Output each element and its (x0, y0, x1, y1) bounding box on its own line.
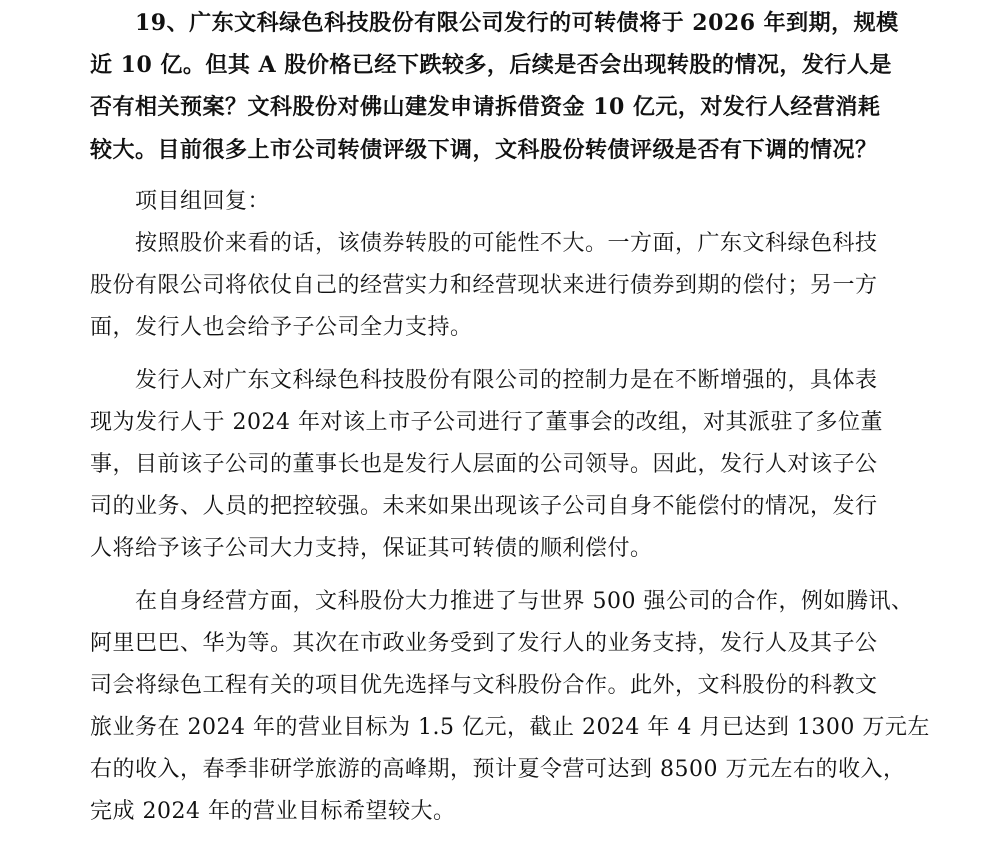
paragraph-1-line-2: 股份有限公司将依仗自己的经营实力和经营现状来进行债券到期的偿付；另一方 (90, 271, 878, 301)
paragraph-1-line-3: 面，发行人也会给予子公司全力支持。 (90, 313, 473, 343)
question-line-3: 否有相关预案？文科股份对佛山建发申请拆借资金 10 亿元，对发行人经营消耗 (90, 92, 880, 122)
paragraph-3-line-2: 阿里巴巴、华为等。其次在市政业务受到了发行人的业务支持，发行人及其子公 (90, 629, 878, 659)
question-line-1: 19、广东文科绿色科技股份有限公司发行的可转债将于 2026 年到期，规模 (135, 8, 899, 38)
paragraph-2-line-4: 司的业务、人员的把控较强。未来如果出现该子公司自身不能偿付的情况，发行 (90, 492, 878, 522)
paragraph-3-line-6: 完成 2024 年的营业目标希望较大。 (90, 797, 455, 827)
paragraph-2-line-3: 事，目前该子公司的董事长也是发行人层面的公司领导。因此，发行人对该子公 (90, 450, 878, 480)
paragraph-3-line-5: 右的收入，春季非研学旅游的高峰期，预计夏令营可达到 8500 万元左右的收入， (90, 755, 905, 785)
paragraph-3-line-4: 旅业务在 2024 年的营业目标为 1.5 亿元，截止 2024 年 4 月已达… (90, 713, 930, 743)
paragraph-1-line-1: 按照股价来看的话，该债券转股的可能性不大。一方面，广东文科绿色科技 (135, 229, 878, 259)
reply-heading: 项目组回复： (135, 187, 270, 217)
paragraph-2-line-5: 人将给予该子公司大力支持，保证其可转债的顺利偿付。 (90, 534, 653, 564)
question-line-2: 近 10 亿。但其 A 股价格已经下跌较多，后续是否会出现转股的情况，发行人是 (90, 50, 892, 80)
paragraph-3-line-3: 司会将绿色工程有关的项目优先选择与文科股份合作。此外，文科股份的科教文 (90, 671, 878, 701)
paragraph-2-line-2: 现为发行人于 2024 年对该上市子公司进行了董事会的改组，对其派驻了多位董 (90, 408, 883, 438)
question-line-4: 较大。目前很多上市公司转债评级下调，文科股份转债评级是否有下调的情况？ (90, 135, 878, 165)
paragraph-2-line-1: 发行人对广东文科绿色科技股份有限公司的控制力是在不断增强的，具体表 (135, 366, 878, 396)
paragraph-3-line-1: 在自身经营方面，文科股份大力推进了与世界 500 强公司的合作，例如腾讯、 (135, 587, 913, 617)
